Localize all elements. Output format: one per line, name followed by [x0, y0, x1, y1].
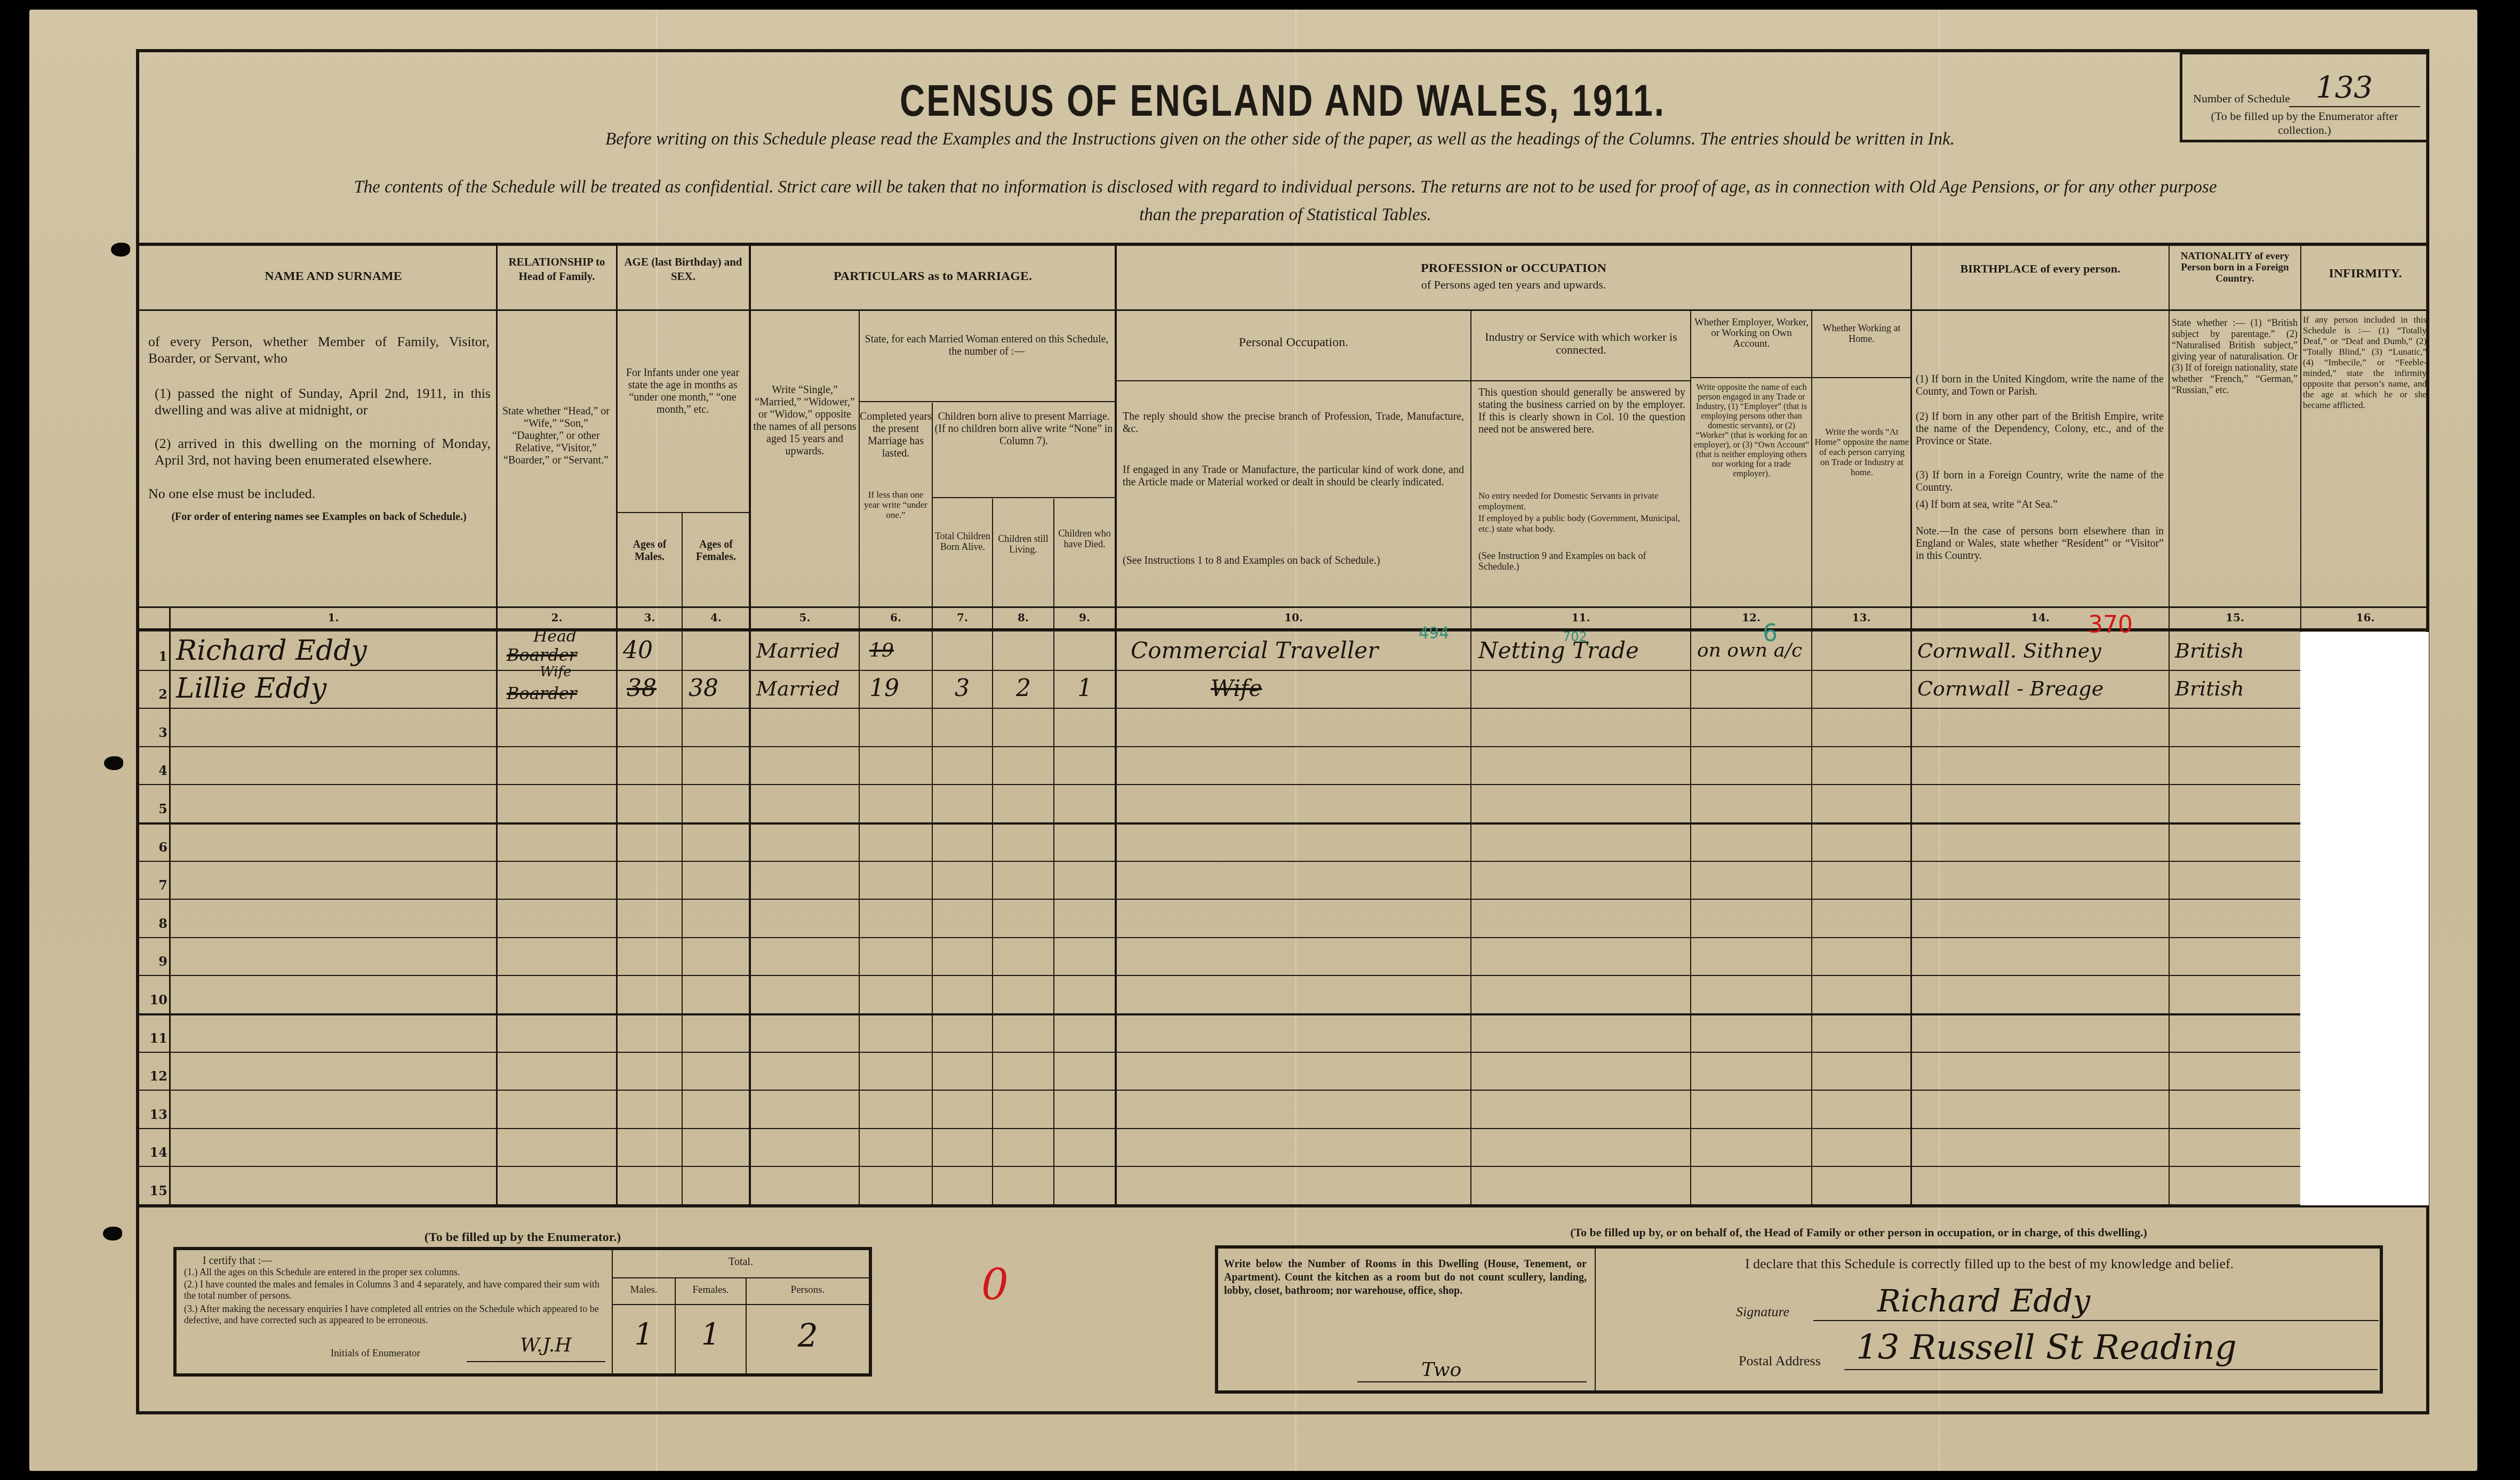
infirmity-instructions: If any person included in this Schedule … [2303, 315, 2427, 411]
name-item-2: (2) arrived in this dwelling on the morn… [155, 435, 491, 468]
relationship-instructions: State whether “Head,” or “Wife,” “Son,” … [501, 405, 611, 467]
industry-instr-3: If employed by a public body (Government… [1478, 513, 1685, 534]
sub-rule [859, 401, 1115, 402]
age-males-label: Ages of Males. [618, 539, 682, 563]
rows-bottom-rule [136, 1204, 2429, 1207]
schedule-number-note: (To be filled up by the Enumerator after… [2188, 109, 2421, 137]
col-divider [1690, 311, 1691, 1205]
sub-rule [932, 497, 1115, 498]
heading-age: AGE (last Birthday) and SEX. [618, 255, 749, 284]
males-label: Males. [613, 1284, 675, 1296]
heading-name: NAME AND SURNAME [171, 269, 496, 284]
header-top-rule [136, 243, 2429, 246]
entry-1-employment[interactable]: on own a/c [1692, 634, 1811, 668]
rooms-line [1357, 1381, 1587, 1382]
row-number: 10 [138, 992, 167, 1007]
birthplace-instr-1: (1) If born in the United Kingdom, write… [1916, 373, 2164, 398]
enumerator-label-rule [613, 1304, 869, 1305]
row-rule [138, 1166, 2300, 1167]
schedule-number-label: Number of Schedule [2193, 92, 2290, 106]
years-married-label: Completed years the present Marriage has… [860, 411, 932, 460]
redacted-infirmity-column [2300, 632, 2429, 1205]
employer-instructions: Write opposite the name of each person e… [1693, 383, 1810, 479]
entry-2-condition[interactable]: Married [751, 671, 859, 706]
confidential-line: The contents of the Schedule will be tre… [160, 178, 2411, 197]
industry-instr-4: (See Instruction 9 and Examples on back … [1478, 550, 1685, 572]
row-number: 1 [138, 649, 167, 664]
age-instructions: For Infants under one year state the age… [619, 367, 747, 416]
address-label: Postal Address [1739, 1353, 1821, 1369]
col-number: 12. [1691, 611, 1811, 627]
col-number: 5. [751, 611, 859, 627]
col-number: 1. [171, 611, 496, 627]
col-number: 2. [498, 611, 616, 627]
entry-2-age-male-struck: 38 [621, 671, 682, 706]
col-number: 3. [618, 611, 682, 627]
married-woman-instructions: State, for each Married Woman entered on… [861, 333, 1112, 358]
children-total-label: Total Children Born Alive. [933, 531, 992, 552]
row-rule [138, 670, 2300, 671]
col-divider [2169, 244, 2170, 1205]
row-number: 12 [138, 1068, 167, 1084]
declaration: I declare that this Schedule is correctl… [1603, 1256, 2376, 1272]
entry-1-birthplace[interactable]: Cornwall. Sithney [1912, 634, 2169, 668]
entry-1-birthplace-code: 370 [2088, 611, 2133, 638]
col-divider [1910, 244, 1912, 1205]
col-divider [496, 244, 498, 1205]
sub-rule [616, 512, 749, 513]
row-number: 4 [138, 763, 167, 778]
entry-2-children-living[interactable]: 2 [1011, 671, 1053, 706]
enumerator-item-3: (3.) After making the necessary enquirie… [184, 1303, 605, 1326]
rooms-instructions: Write below the Number of Rooms in this … [1224, 1258, 1587, 1298]
enumerator-initials[interactable]: W.J.H [520, 1334, 572, 1356]
col-number: 11. [1471, 611, 1690, 627]
col-number: 13. [1812, 611, 1910, 627]
signature[interactable]: Richard Eddy [1877, 1283, 2090, 1319]
enumerator-certify: I certify that :— [203, 1255, 271, 1267]
entry-1-nationality[interactable]: British [2170, 634, 2300, 668]
col-number: 9. [1054, 611, 1115, 627]
row-number: 11 [138, 1030, 167, 1046]
col-number: 10. [1117, 611, 1470, 627]
sub-rule [1115, 380, 1690, 381]
employer-label: Whether Employer, Worker, or Working on … [1692, 317, 1811, 349]
industry-instr-2: No entry needed for Domestic Servants in… [1478, 491, 1685, 512]
row-number: 14 [138, 1145, 167, 1160]
col-number: 16. [2301, 611, 2429, 627]
row-rule [138, 746, 2300, 747]
heading-nationality: NATIONALITY of every Person born in a Fo… [2170, 251, 2300, 284]
heading-occupation: PROFESSION or OCCUPATION [1117, 261, 1910, 276]
signature-label: Signature [1736, 1304, 1789, 1320]
punch-hole [103, 1227, 122, 1241]
entry-2-birthplace[interactable]: Cornwall - Breage [1912, 671, 2169, 706]
persons-label: Persons. [747, 1284, 869, 1296]
entry-2-years-married[interactable]: 19 [864, 671, 932, 706]
postal-address[interactable]: 13 Russell St Reading [1856, 1328, 2237, 1367]
page-title: CENSUS OF ENGLAND AND WALES, 1911. [388, 75, 2177, 126]
confidential-line-2: than the preparation of Statistical Tabl… [160, 205, 2411, 225]
row-rule [138, 937, 2300, 938]
address-line [1844, 1369, 2378, 1370]
red-mark: 0 [981, 1260, 1009, 1309]
col-number: 4. [683, 611, 749, 627]
entry-2-occupation-struck: Wife [1205, 671, 1365, 706]
subheading-occupation: of Persons aged ten years and upwards. [1117, 278, 1910, 291]
col-divider [749, 244, 751, 1205]
heading-marriage: PARTICULARS as to MARRIAGE. [751, 269, 1115, 284]
heading-birthplace: BIRTHPLACE of every person. [1912, 261, 2169, 276]
age-females-label: Ages of Females. [683, 539, 749, 563]
initials-line [467, 1361, 605, 1362]
row-rule [138, 708, 2300, 709]
header-mid-rule [136, 309, 2429, 311]
birthplace-note: Note.—In the case of persons born elsewh… [1916, 525, 2164, 562]
heading-relationship: RELATIONSHIP to Head of Family. [498, 255, 616, 284]
col-number: 7. [933, 611, 992, 627]
instruction-line: Before writing on this Schedule please r… [373, 130, 2187, 149]
schedule-number-line [2289, 106, 2420, 107]
col-divider [932, 403, 933, 1205]
punch-hole [104, 756, 123, 770]
row-number: 9 [138, 954, 167, 969]
personal-instr-2: If engaged in any Trade or Manufacture, … [1123, 464, 1464, 489]
row-number: 3 [138, 725, 167, 740]
row-rule [138, 899, 2300, 900]
personal-instr-3: (See Instructions 1 to 8 and Examples on… [1123, 555, 1464, 567]
entry-1-occupation-code: 494 [1419, 624, 1449, 643]
col-divider [1811, 311, 1812, 1205]
industry-label: Industry or Service with which worker is… [1472, 331, 1690, 356]
col-divider [1053, 499, 1054, 1205]
form-frame [136, 49, 2429, 1414]
entry-1-years-married-struck: 19 [864, 634, 932, 668]
personal-occupation-label: Personal Occupation. [1117, 336, 1470, 349]
row-rule [138, 975, 2300, 976]
entry-2-relationship-struck: Boarder [501, 676, 616, 710]
entry-2-total-children[interactable]: 3 [949, 671, 992, 706]
row-rule [138, 1090, 2300, 1091]
header-bottom-rule [136, 606, 2429, 608]
industry-instr-1: This question should generally be answer… [1478, 387, 1685, 436]
sub-rule [1690, 377, 1910, 378]
rooms-divider [1595, 1248, 1596, 1391]
heading-infirmity: INFIRMITY. [2301, 267, 2429, 281]
row-rule [138, 784, 2300, 785]
head-of-family-heading: (To be filled up by, or on behalf of, th… [1312, 1226, 2405, 1239]
col-number: 6. [860, 611, 932, 627]
row-rule [138, 1128, 2300, 1129]
children-died-label: Children who have Died. [1054, 528, 1115, 549]
enumerator-item-1: (1.) All the ages on this Schedule are e… [184, 1267, 605, 1278]
years-married-note: If less than one year write “under one.” [860, 490, 932, 520]
punch-hole [111, 243, 130, 257]
col-number: 15. [2170, 611, 2300, 627]
enumerator-total-rule [613, 1277, 869, 1278]
birthplace-instr-4: (4) If born at sea, write “At Sea.” [1916, 499, 2164, 511]
row-number: 13 [138, 1107, 167, 1122]
row-rule [138, 1013, 2300, 1015]
entry-1-name[interactable]: Richard Eddy [171, 634, 496, 668]
personal-instr-1: The reply should show the precise branch… [1123, 411, 1464, 435]
entry-1-relationship[interactable]: Head [533, 627, 577, 646]
entry-2-children-died[interactable]: 1 [1072, 671, 1115, 706]
entry-1-age-male[interactable]: 40 [618, 634, 682, 668]
home-label: Whether Working at Home. [1813, 323, 1910, 344]
rooms-count[interactable]: Two [1421, 1359, 1461, 1381]
col-number: 8. [993, 611, 1053, 627]
row-number: 2 [138, 686, 167, 702]
entry-1-industry-code: 702 [1563, 629, 1587, 644]
entry-2-age-female[interactable]: 38 [683, 671, 749, 706]
children-living-label: Children still Living. [993, 533, 1053, 555]
row-rule [138, 861, 2300, 862]
name-order-note: (For order of entering names see Example… [148, 511, 490, 523]
entry-1-employment-code: 6 [1763, 620, 1778, 647]
schedule-number-value[interactable]: 133 [2316, 70, 2373, 105]
entry-2-nationality[interactable]: British [2170, 671, 2300, 706]
total-persons[interactable]: 2 [747, 1317, 869, 1355]
birthplace-instr-2: (2) If born in any other part of the Bri… [1916, 411, 2164, 447]
row-number: 6 [138, 839, 167, 855]
entry-1-condition[interactable]: Married [751, 634, 859, 668]
total-females[interactable]: 1 [676, 1317, 746, 1352]
row-number: 15 [138, 1183, 167, 1198]
enumerator-heading: (To be filled up by the Enumerator.) [176, 1230, 869, 1245]
children-heading: Children born alive to present Marriage.… [934, 411, 1113, 447]
col-divider [1115, 244, 1117, 1205]
females-label: Females. [676, 1284, 746, 1296]
col-divider [616, 244, 618, 1205]
row-number: 5 [138, 801, 167, 817]
schedule-number-box: Number of Schedule 133 (To be filled up … [2180, 52, 2429, 142]
row-rule [138, 822, 2300, 825]
col-divider [1470, 311, 1471, 1205]
initials-label: Initials of Enumerator [331, 1348, 420, 1359]
col-divider [992, 499, 993, 1205]
row-rule [138, 1052, 2300, 1053]
enumerator-item-2: (2.) I have counted the males and female… [184, 1279, 605, 1301]
row-number: 7 [138, 877, 167, 893]
birthplace-instr-3: (3) If born in a Foreign Country, write … [1916, 469, 2164, 494]
home-instructions: Write the words “At Home” opposite the n… [1814, 427, 1909, 477]
nationality-instructions: State whether :— (1) “British subject by… [2172, 317, 2298, 396]
entry-2-name[interactable]: Lillie Eddy [171, 671, 496, 706]
row-number: 8 [138, 916, 167, 931]
signature-line [1813, 1320, 2379, 1321]
total-males[interactable]: 1 [613, 1317, 675, 1352]
col-divider [682, 512, 683, 1205]
data-top-rule [136, 628, 2429, 631]
total-label: Total. [613, 1256, 869, 1268]
name-item-1: (1) passed the night of Sunday, April 2n… [155, 385, 491, 418]
name-instructions: of every Person, whether Member of Famil… [148, 333, 490, 366]
marriage-condition-instructions: Write “Single,” “Married,” “Widower,” or… [753, 384, 857, 458]
name-note: No one else must be included. [148, 485, 484, 502]
entry-2-relationship[interactable]: Wife [540, 664, 572, 680]
